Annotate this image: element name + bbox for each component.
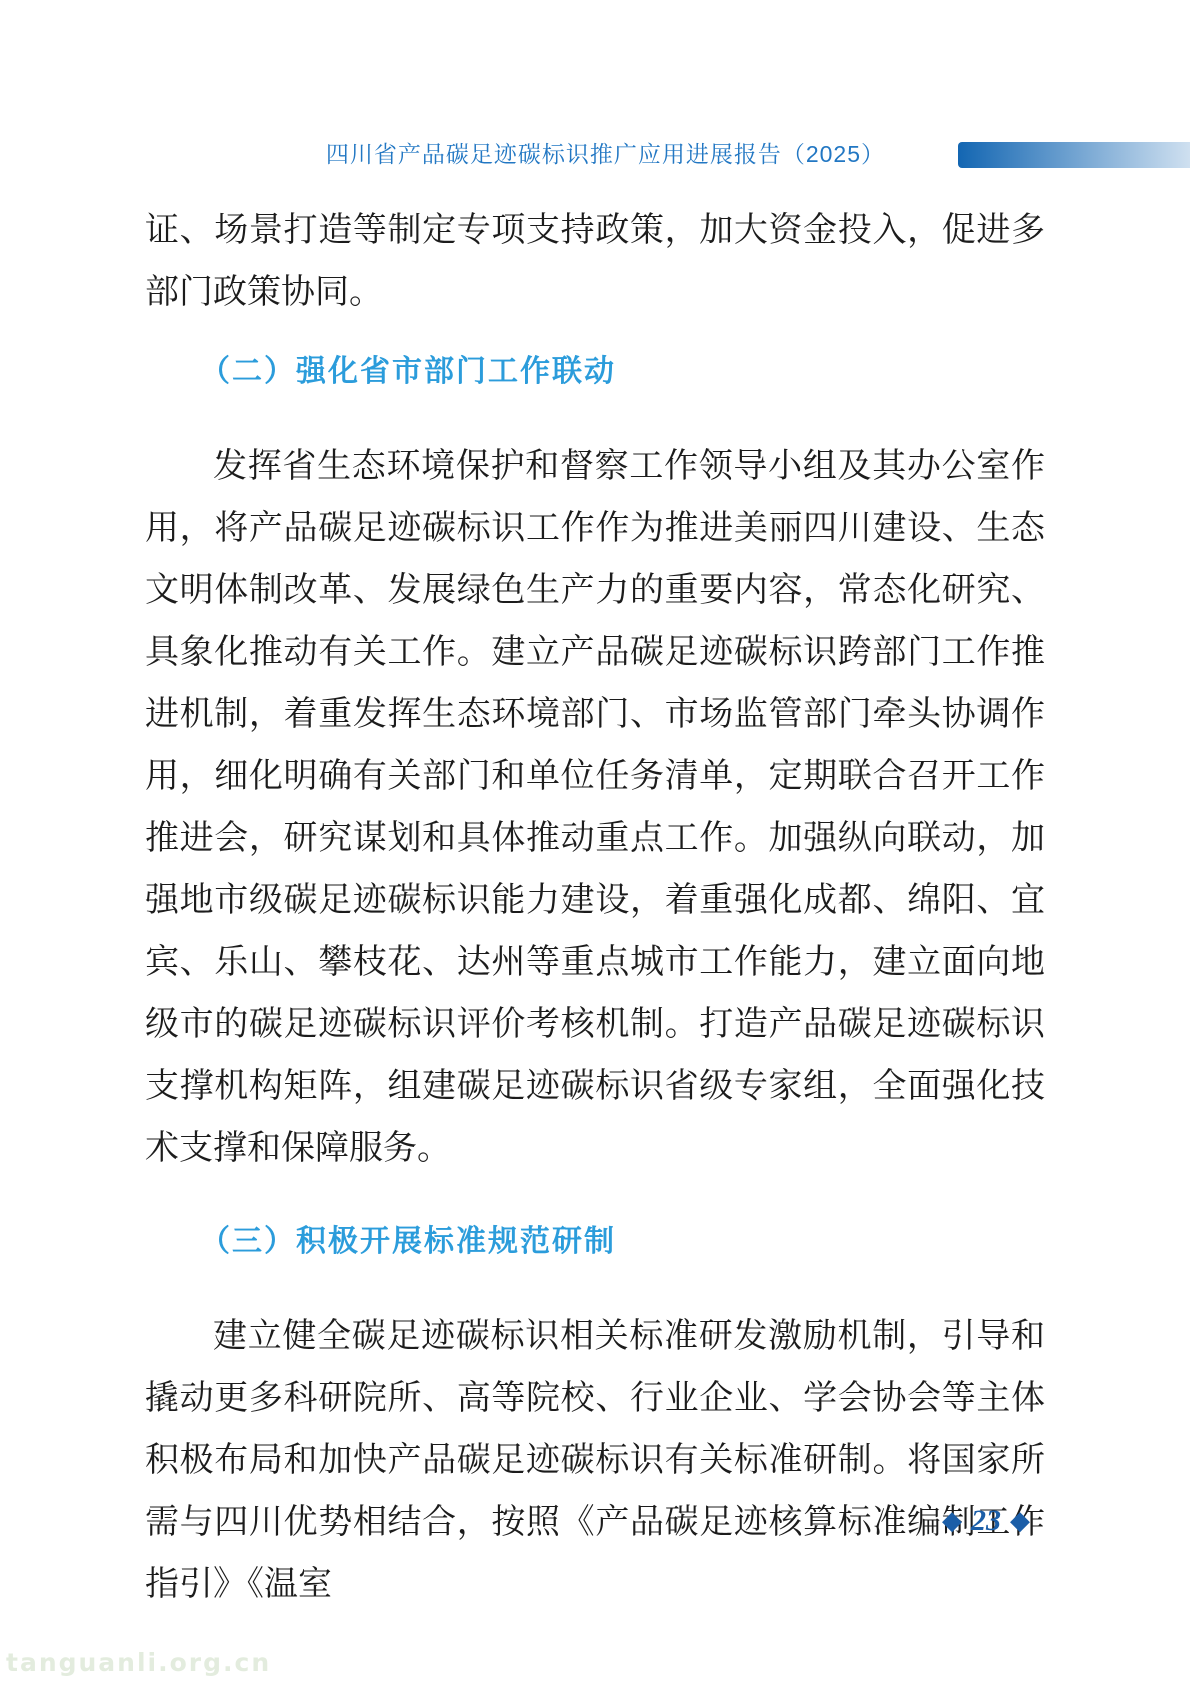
section-body-3: 建立健全碳足迹碳标识相关标准研发激励机制，引导和撬动更多科研院所、高等院校、行业… (145, 1306, 1045, 1616)
diamond-icon: ◆ (1010, 1506, 1030, 1536)
diamond-icon: ◆ (942, 1506, 962, 1536)
report-title: 四川省产品碳足迹碳标识推广应用进展报告（2025） (326, 136, 885, 169)
section-heading-3: （三）积极开展标准规范研制 (200, 1220, 1045, 1264)
document-page: 四川省产品碳足迹碳标识推广应用进展报告（2025） 证、场景打造等制定专项支持政… (0, 0, 1190, 1683)
page-footer: ◆ 23 ◆ (942, 1506, 1030, 1536)
section-heading-2: （二）强化省市部门工作联动 (200, 350, 1045, 394)
page-number: 23 (971, 1506, 1001, 1536)
page-content: 证、场景打造等制定专项支持政策，加大资金投入，促进多部门政策协同。 （二）强化省… (145, 200, 1045, 1616)
watermark: tanguanli.org.cn (6, 1648, 271, 1677)
header-accent-bar (958, 142, 1190, 168)
section-body-2: 发挥省生态环境保护和督察工作领导小组及其办公室作用，将产品碳足迹碳标识工作作为推… (145, 436, 1045, 1180)
continuation-paragraph: 证、场景打造等制定专项支持政策，加大资金投入，促进多部门政策协同。 (145, 200, 1045, 324)
